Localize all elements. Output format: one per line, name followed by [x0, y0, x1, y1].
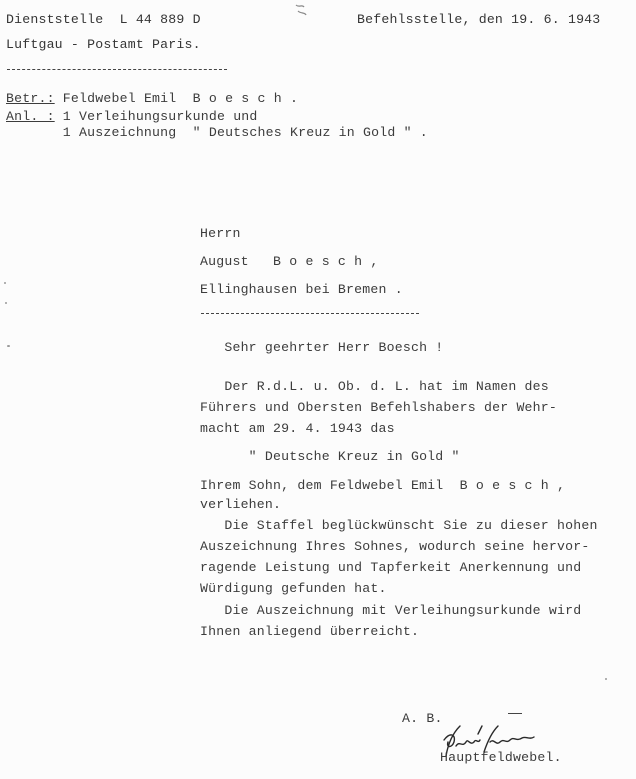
- subject-line: Betr.: Feldwebel Emil B o e s c h .: [6, 91, 298, 107]
- para3-line: Würdigung gefunden hat.: [200, 581, 387, 597]
- speck: [4, 282, 6, 284]
- anl-label: Anl. :: [6, 109, 55, 124]
- place-date: Befehlsstelle, den 19. 6. 1943: [357, 12, 600, 28]
- para1-line: Der R.d.L. u. Ob. d. L. hat im Namen des: [200, 379, 549, 395]
- speck: [7, 345, 10, 347]
- postal-line: Luftgau - Postamt Paris.: [6, 37, 201, 53]
- para2-line: Ihrem Sohn, dem Feldwebel Emil B o e s c…: [200, 478, 565, 494]
- recipient-name: August B o e s c h ,: [200, 254, 379, 270]
- para1-line: Führers und Obersten Befehlshabers der W…: [200, 400, 557, 416]
- award-name: " Deutsche Kreuz in Gold ": [200, 449, 460, 465]
- dash-mark: [508, 713, 522, 714]
- anl-text-1: 1 Verleihungsurkunde und: [55, 109, 258, 124]
- para3-line: ragende Leistung und Tapferkeit Anerkenn…: [200, 560, 581, 576]
- para2-line: verliehen.: [200, 497, 281, 513]
- betr-label: Betr.:: [6, 91, 55, 106]
- para4-line: Ihnen anliegend überreicht.: [200, 624, 419, 640]
- para3-line: Auszeichnung Ihres Sohnes, wodurch seine…: [200, 539, 589, 555]
- letter-page: Dienststelle L 44 889 D Luftgau - Postam…: [0, 0, 636, 779]
- stamp-mark-icon: [292, 2, 310, 18]
- enclosure-line-1: Anl. : 1 Verleihungsurkunde und: [6, 109, 258, 125]
- recipient-address: Ellinghausen bei Bremen .: [200, 282, 403, 298]
- speck: [5, 302, 7, 304]
- enclosure-line-2: 1 Auszeichnung " Deutsches Kreuz in Gold…: [6, 125, 428, 141]
- recipient-herrn: Herrn: [200, 226, 241, 242]
- para4-line: Die Auszeichnung mit Verleihungsurkunde …: [200, 603, 581, 619]
- speck: [605, 678, 607, 680]
- para1-line: macht am 29. 4. 1943 das: [200, 421, 395, 437]
- para3-line: Die Staffel beglückwünscht Sie zu dieser…: [200, 518, 598, 534]
- header-rule: [7, 69, 227, 70]
- signatory-rank: Hauptfeldwebel.: [440, 750, 562, 766]
- betr-text: Feldwebel Emil B o e s c h .: [55, 91, 298, 106]
- greeting: Sehr geehrter Herr Boesch !: [200, 340, 443, 356]
- office-designation: Dienststelle L 44 889 D: [6, 12, 201, 28]
- address-rule: [201, 313, 419, 314]
